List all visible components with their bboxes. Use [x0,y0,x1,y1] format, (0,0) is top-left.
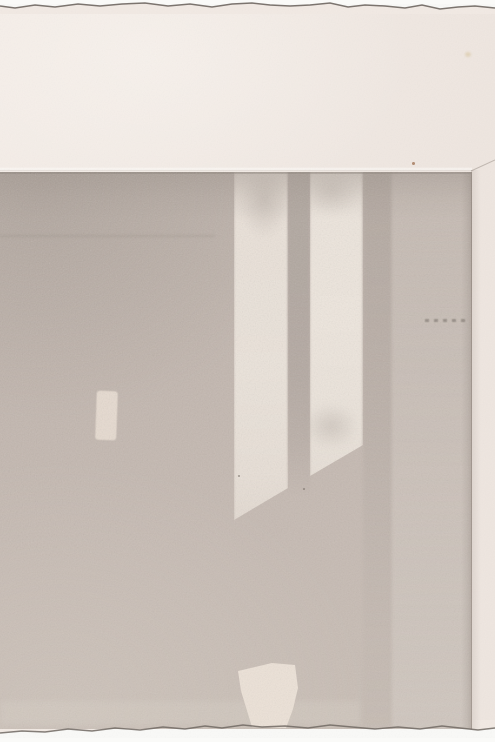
plate-grain [0,172,471,729]
scanner-background [0,0,495,742]
grain-and-edges-overlay [0,0,495,742]
